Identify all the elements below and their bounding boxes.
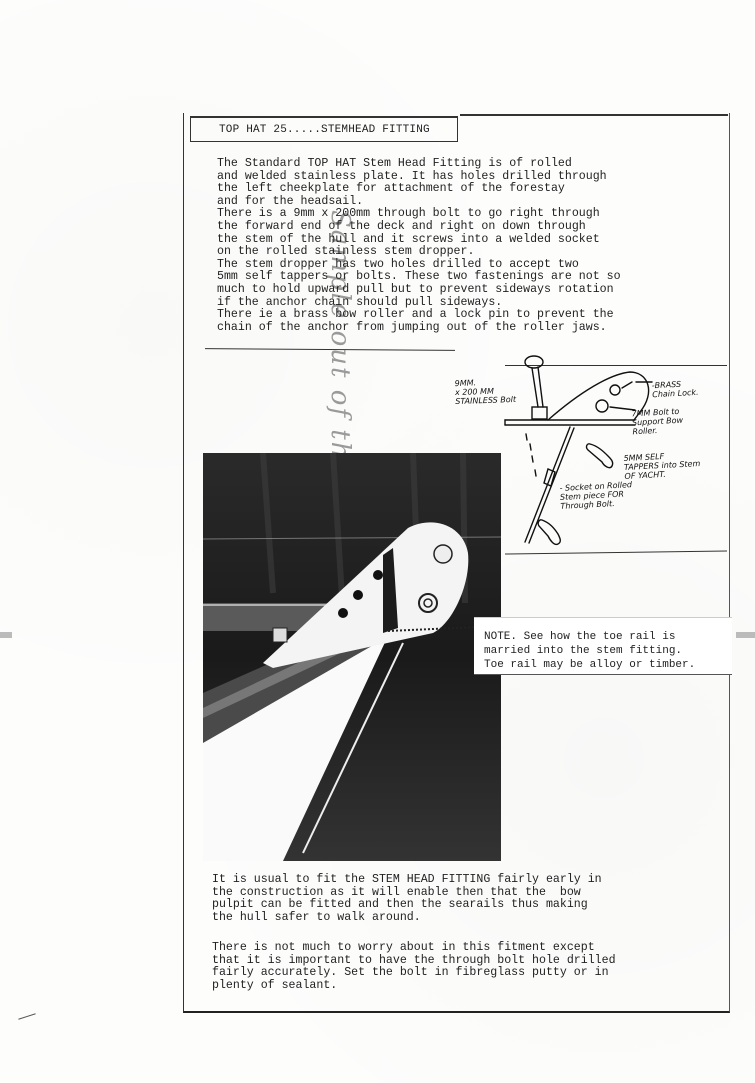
sketch-label-bolt: 9MM. x 200 MM STAINLESS Bolt [455,377,517,406]
text-line: much to hold upward pull but to prevent … [217,284,621,297]
outro-paragraph-1: It is usual to fit the STEM HEAD FITTING… [212,874,602,924]
sketch-label-roller-bolt: 7MM Bolt to Support Bow Roller. [631,407,683,437]
text-line: fairly accurately. Set the bolt in fibre… [212,967,616,980]
text-line: There ie a brass bow roller and a lock p… [217,309,621,322]
stemhead-photo-image [203,453,501,861]
text-line: The Standard TOP HAT Stem Head Fitting i… [217,158,621,171]
text-line: the left cheekplate for attachment of th… [217,183,621,196]
photo-note: NOTE. See how the toe rail is married in… [474,617,732,675]
text-line: chain of the anchor from jumping out of … [217,322,621,335]
stray-pen-mark [18,1013,35,1020]
text-line: There is not much to worry about in this… [212,942,616,955]
text-line: pulpit can be fitted and then the searai… [212,899,602,912]
document-title: TOP HAT 25.....STEMHEAD FITTING [219,124,430,136]
text-line: on the rolled stainless stem dropper. [217,246,621,259]
document-frame-top-rule [460,114,728,116]
text-line: It is usual to fit the STEM HEAD FITTING… [212,874,602,887]
stemhead-photo [203,453,501,861]
sketch-label-socket: - Socket on Rolled Stem piece FOR Throug… [559,480,633,511]
outro-paragraph-2: There is not much to worry about in this… [212,942,616,992]
text-line: the hull safer to walk around. [212,912,602,925]
intro-paragraph: The Standard TOP HAT Stem Head Fitting i… [217,158,621,334]
document-title-box: TOP HAT 25.....STEMHEAD FITTING [190,116,458,142]
sketch-label-self-tappers: 5MM SELF TAPPERS into Stem OF YACHT. [623,450,701,481]
text-line: plenty of sealant. [212,980,616,993]
text-line: the forward end of the deck and right on… [217,221,621,234]
scan-edge-mark-right [736,632,755,638]
sketch-label-chain-lock: -BRASS Chain Lock. [652,379,699,399]
scan-edge-mark-left [0,632,12,638]
